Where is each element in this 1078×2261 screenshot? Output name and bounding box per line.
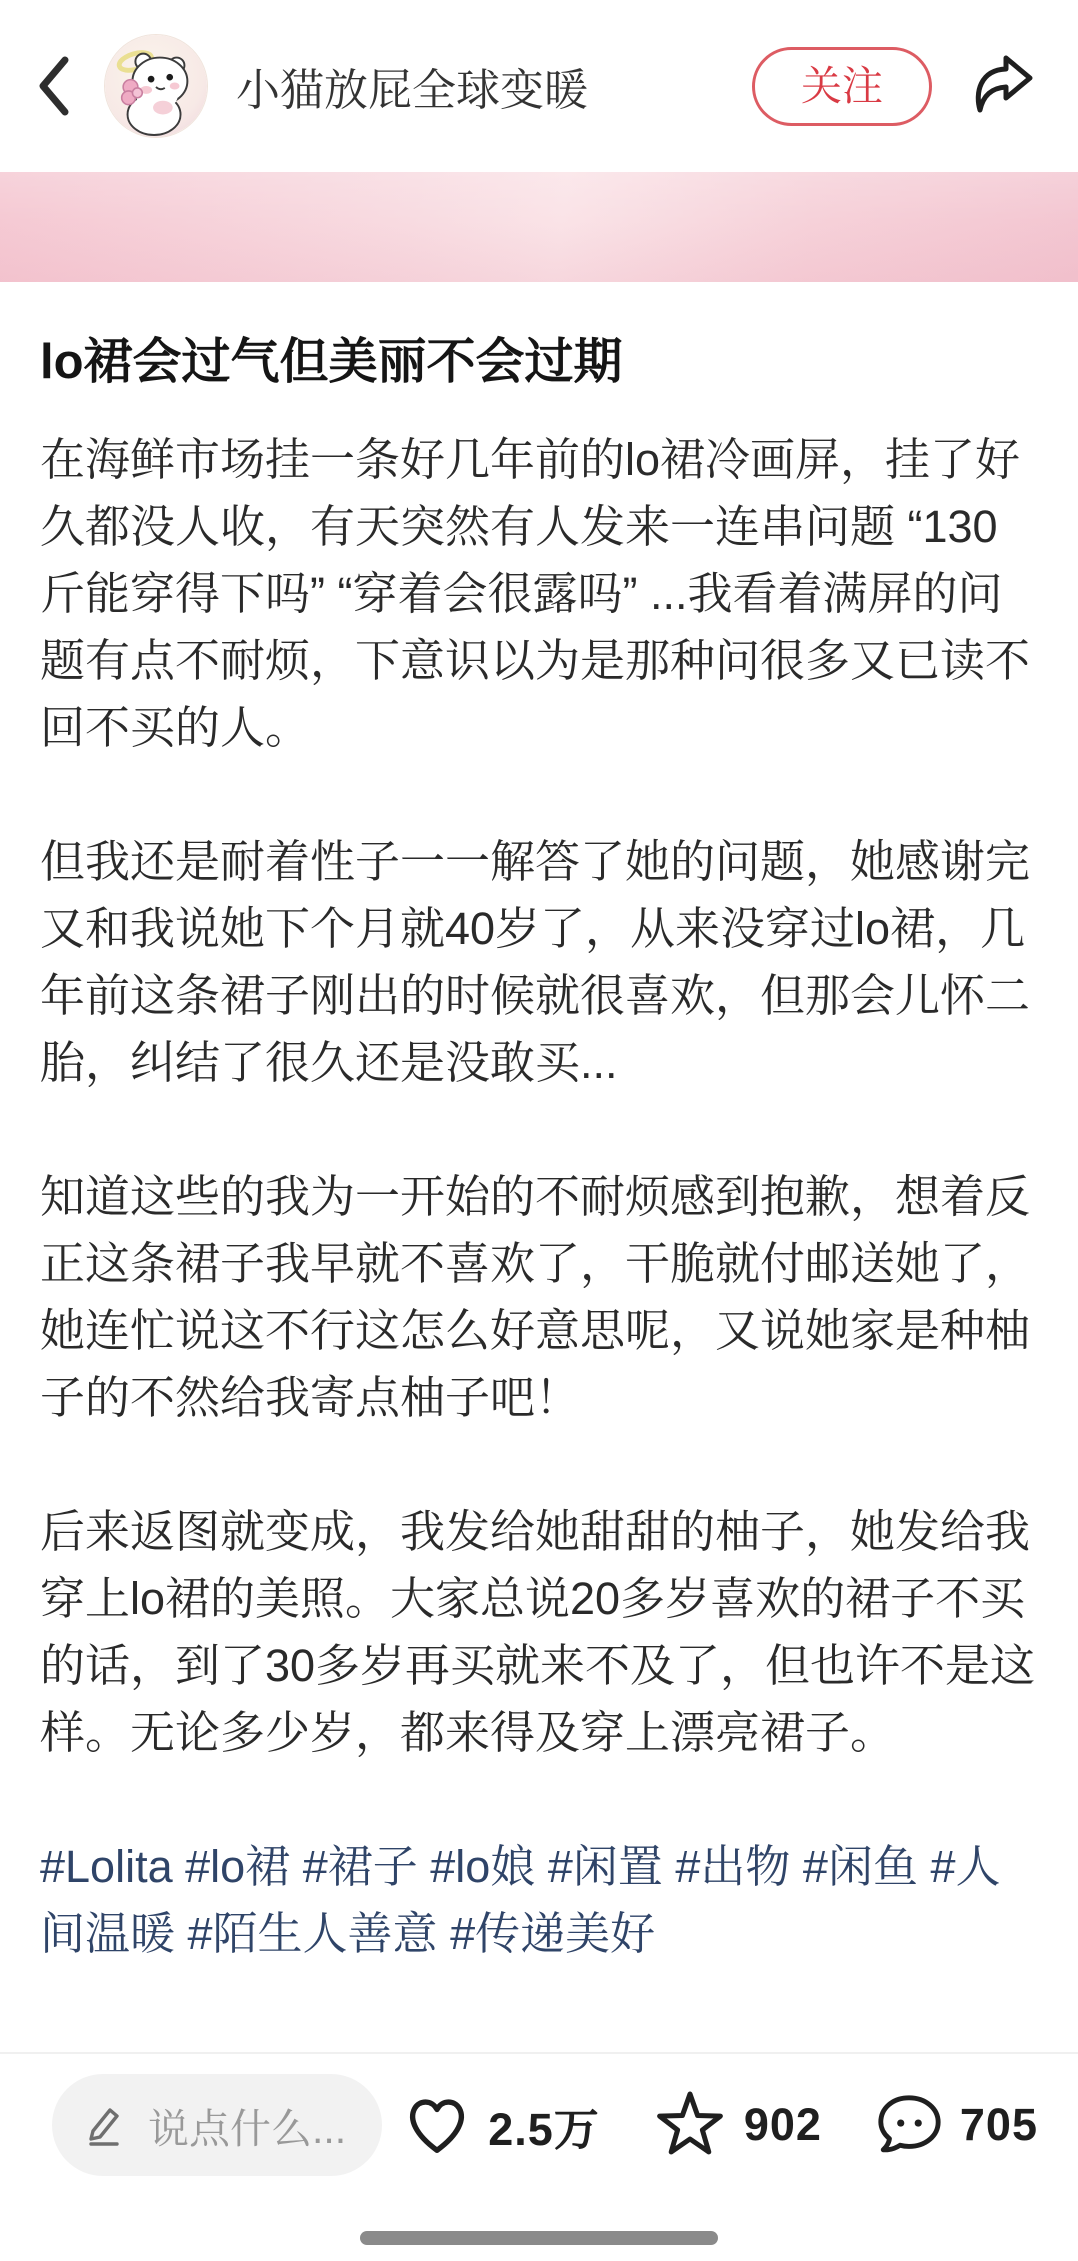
hashtag-link[interactable]: #lo裙 bbox=[185, 1841, 290, 1892]
bottom-action-bar: 说点什么... 2.5万 902 70 bbox=[0, 2052, 1078, 2261]
post-paragraph: 后来返图就变成，我发给她甜甜的柚子，她发给我穿上lo裙的美照。大家总说20多岁喜… bbox=[40, 1498, 1038, 1766]
engagement-actions: 2.5万 902 705 bbox=[382, 2074, 1038, 2176]
like-count: 2.5万 bbox=[488, 2093, 600, 2158]
hashtag-link[interactable]: #传递美好 bbox=[450, 1908, 655, 1959]
comment-placeholder: 说点什么... bbox=[148, 2096, 346, 2155]
avatar-cat-illustration bbox=[105, 35, 207, 137]
hashtag-link[interactable]: #闲鱼 bbox=[803, 1841, 918, 1892]
post-content: lo裙会过气但美丽不会过期 在海鲜市场挂一条好几年前的lo裙冷画屏，挂了好久都没… bbox=[0, 330, 1078, 1967]
post-image-bottom-edge[interactable] bbox=[0, 172, 1078, 282]
post-paragraph: 在海鲜市场挂一条好几年前的lo裙冷画屏，挂了好久都没人收，有天突然有人发来一连串… bbox=[40, 426, 1038, 761]
comment-input[interactable]: 说点什么... bbox=[52, 2074, 382, 2176]
author-avatar[interactable] bbox=[104, 34, 208, 138]
home-indicator[interactable] bbox=[360, 2231, 718, 2245]
post-paragraphs: 在海鲜市场挂一条好几年前的lo裙冷画屏，挂了好久都没人收，有天突然有人发来一连串… bbox=[40, 426, 1038, 1766]
post-paragraph: 但我还是耐着性子一一解答了她的问题，她感谢完又和我说她下个月就40岁了，从来没穿… bbox=[40, 828, 1038, 1096]
hashtag-link[interactable]: #出物 bbox=[675, 1841, 790, 1892]
star-icon bbox=[652, 2087, 728, 2163]
collect-button[interactable]: 902 bbox=[652, 2087, 822, 2163]
chat-bubble-icon bbox=[874, 2090, 944, 2160]
collect-count: 902 bbox=[744, 2099, 822, 2151]
top-nav-bar: 小猫放屁全球变暖 关注 bbox=[0, 0, 1078, 172]
follow-button[interactable]: 关注 bbox=[752, 47, 932, 126]
share-arrow-icon bbox=[966, 50, 1038, 122]
pencil-edit-icon bbox=[82, 2102, 128, 2148]
hashtag-link[interactable]: #Lolita bbox=[40, 1841, 173, 1892]
like-button[interactable]: 2.5万 bbox=[402, 2090, 600, 2160]
share-button[interactable] bbox=[966, 50, 1038, 122]
hashtag-link[interactable]: #闲置 bbox=[548, 1841, 663, 1892]
post-paragraph: 知道这些的我为一开始的不耐烦感到抱歉，想着反正这条裙子我早就不喜欢了，干脆就付邮… bbox=[40, 1163, 1038, 1431]
chevron-left-icon bbox=[30, 48, 78, 124]
post-hashtags: #Lolita #lo裙 #裙子 #lo娘 #闲置 #出物 #闲鱼 #人间温暖 … bbox=[40, 1833, 1038, 1967]
back-button[interactable] bbox=[30, 46, 90, 126]
comments-button[interactable]: 705 bbox=[874, 2090, 1038, 2160]
heart-icon bbox=[402, 2090, 472, 2160]
note-detail-screen: 小猫放屁全球变暖 关注 lo裙会过气但美丽不会过期 在海鲜市场挂一条好几年前的l… bbox=[0, 0, 1078, 2261]
hashtag-link[interactable]: #lo娘 bbox=[430, 1841, 535, 1892]
hashtag-link[interactable]: #裙子 bbox=[303, 1841, 418, 1892]
post-title: lo裙会过气但美丽不会过期 bbox=[40, 330, 1038, 394]
hashtag-link[interactable]: #陌生人善意 bbox=[188, 1908, 438, 1959]
author-username[interactable]: 小猫放屁全球变暖 bbox=[236, 54, 752, 118]
comment-count: 705 bbox=[960, 2099, 1038, 2151]
